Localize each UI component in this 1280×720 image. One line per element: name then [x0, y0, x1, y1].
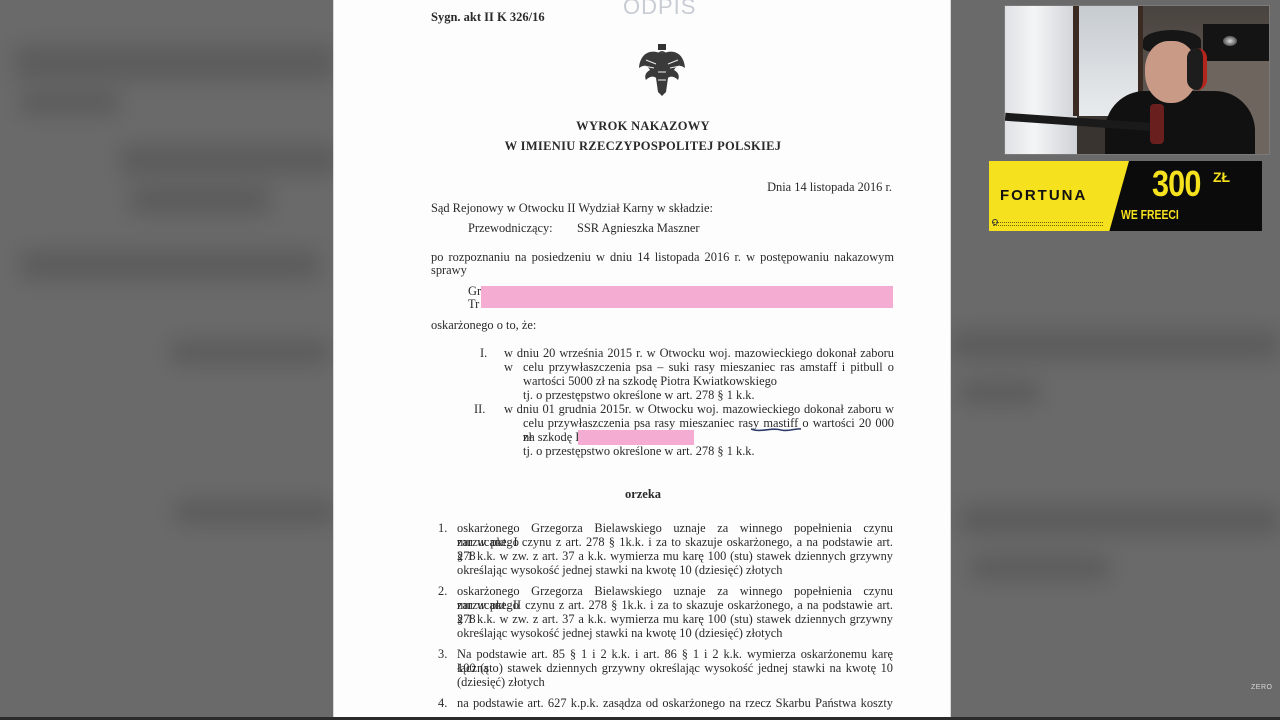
redacted-address-prefix: Tr: [468, 297, 479, 311]
blurred-text-block: [970, 555, 1110, 580]
blurred-text-block: [960, 505, 1280, 535]
polish-eagle-emblem-icon: [636, 42, 688, 98]
blurred-text-block: [15, 45, 335, 80]
verdict-item-number: 1.: [438, 521, 447, 535]
blurred-text-block: [170, 340, 330, 365]
document-subtitle: W IMIENIU RZECZYPOSPOLITEJ POLSKIEJ: [334, 139, 951, 154]
verdict-item-text: 100 (sto) stawek dziennych grzywny okreś…: [457, 661, 893, 675]
verdict-item-text: na podstawie art. 627 k.p.k. zasądza od …: [457, 696, 893, 710]
charge-text: celu przywłaszczenia psa – suki rasy mie…: [523, 360, 894, 374]
verdict-item-text: (dziesięć) złotych: [457, 675, 545, 689]
charge-numeral: II.: [474, 402, 485, 416]
verdict-item-number: 4.: [438, 696, 447, 710]
verdict-item-text: określając wysokość jednej stawki na kwo…: [457, 626, 783, 640]
accused-of-label: oskarżonego o to, że:: [431, 318, 536, 332]
document-date: Dnia 14 listopada 2016 r.: [767, 180, 892, 194]
verdict-item-number: 2.: [438, 584, 447, 598]
sponsor-fine-print: [993, 222, 1103, 226]
redacted-name-prefix: Gr: [468, 284, 481, 298]
court-name: Sąd Rejonowy w Otwocku II Wydział Karny …: [431, 201, 713, 215]
proceedings-text: po rozpoznaniu na posiedzeniu w dniu 14 …: [431, 250, 894, 264]
blurred-text-block: [950, 330, 1280, 360]
webcam-curtain: [1005, 6, 1077, 155]
streamer-webcam: [1004, 5, 1270, 155]
webcam-tv: [1203, 24, 1269, 62]
headset-icon: [1187, 48, 1207, 90]
chair-name: SSR Agnieszka Maszner: [577, 221, 700, 235]
copy-stamp: ODPIS: [623, 0, 696, 20]
case-signature: Sygn. akt II K 326/16: [431, 10, 545, 25]
document-title: WYROK NAKAZOWY: [334, 119, 951, 134]
blurred-text-block: [120, 145, 340, 175]
stream-frame: ODPIS Sygn. akt II K 326/16 WYROK NAKAZO…: [0, 0, 1280, 720]
redaction-box: [578, 430, 694, 445]
blurred-text-block: [960, 380, 1040, 405]
court-document-page: ODPIS Sygn. akt II K 326/16 WYROK NAKAZO…: [333, 0, 951, 718]
charge-text: w dniu 01 grudnia 2015r. w Otwocku woj. …: [504, 402, 894, 416]
verdict-item-text: określając wysokość jednej stawki na kwo…: [457, 563, 783, 577]
charge-numeral: I.: [480, 346, 487, 360]
sponsor-banner[interactable]: FORTUNA 300 ZŁ WE FREECI: [989, 161, 1262, 231]
sponsor-currency: ZŁ: [1213, 169, 1230, 185]
verdict-heading: orzeka: [334, 487, 951, 502]
redaction-box: [481, 286, 893, 308]
blurred-text-block: [175, 500, 335, 525]
sponsor-brand: FORTUNA: [1000, 187, 1087, 204]
chair-label: Przewodniczący:: [468, 221, 553, 235]
charge-text: na szkodę I: [523, 430, 579, 444]
verdict-item-number: 3.: [438, 647, 447, 661]
charge-text: wartości 5000 zł na szkodę Piotra Kwiatk…: [523, 374, 777, 388]
blurred-text-block: [130, 185, 270, 215]
charge-text: tj. o przestępstwo określone w art. 278 …: [523, 388, 755, 402]
verdict-item-text: § 1 k.k. w zw. z art. 37 a k.k. wymierza…: [457, 549, 893, 563]
sponsor-subtitle: WE FREECI: [1121, 207, 1179, 222]
microphone-icon: [1150, 104, 1164, 144]
charge-text: tj. o przestępstwo określone w art. 278 …: [523, 444, 755, 458]
sponsor-amount: 300: [1152, 163, 1201, 205]
blurred-text-block: [20, 90, 120, 115]
verdict-item-text: § 1 k.k. w zw. z art. 37 a k.k. wymierza…: [457, 612, 893, 626]
proceedings-text-cont: sprawy: [431, 263, 467, 277]
channel-watermark: ZERO: [1251, 684, 1272, 691]
blurred-text-block: [20, 250, 320, 280]
pen-underline-mark: [751, 425, 801, 433]
